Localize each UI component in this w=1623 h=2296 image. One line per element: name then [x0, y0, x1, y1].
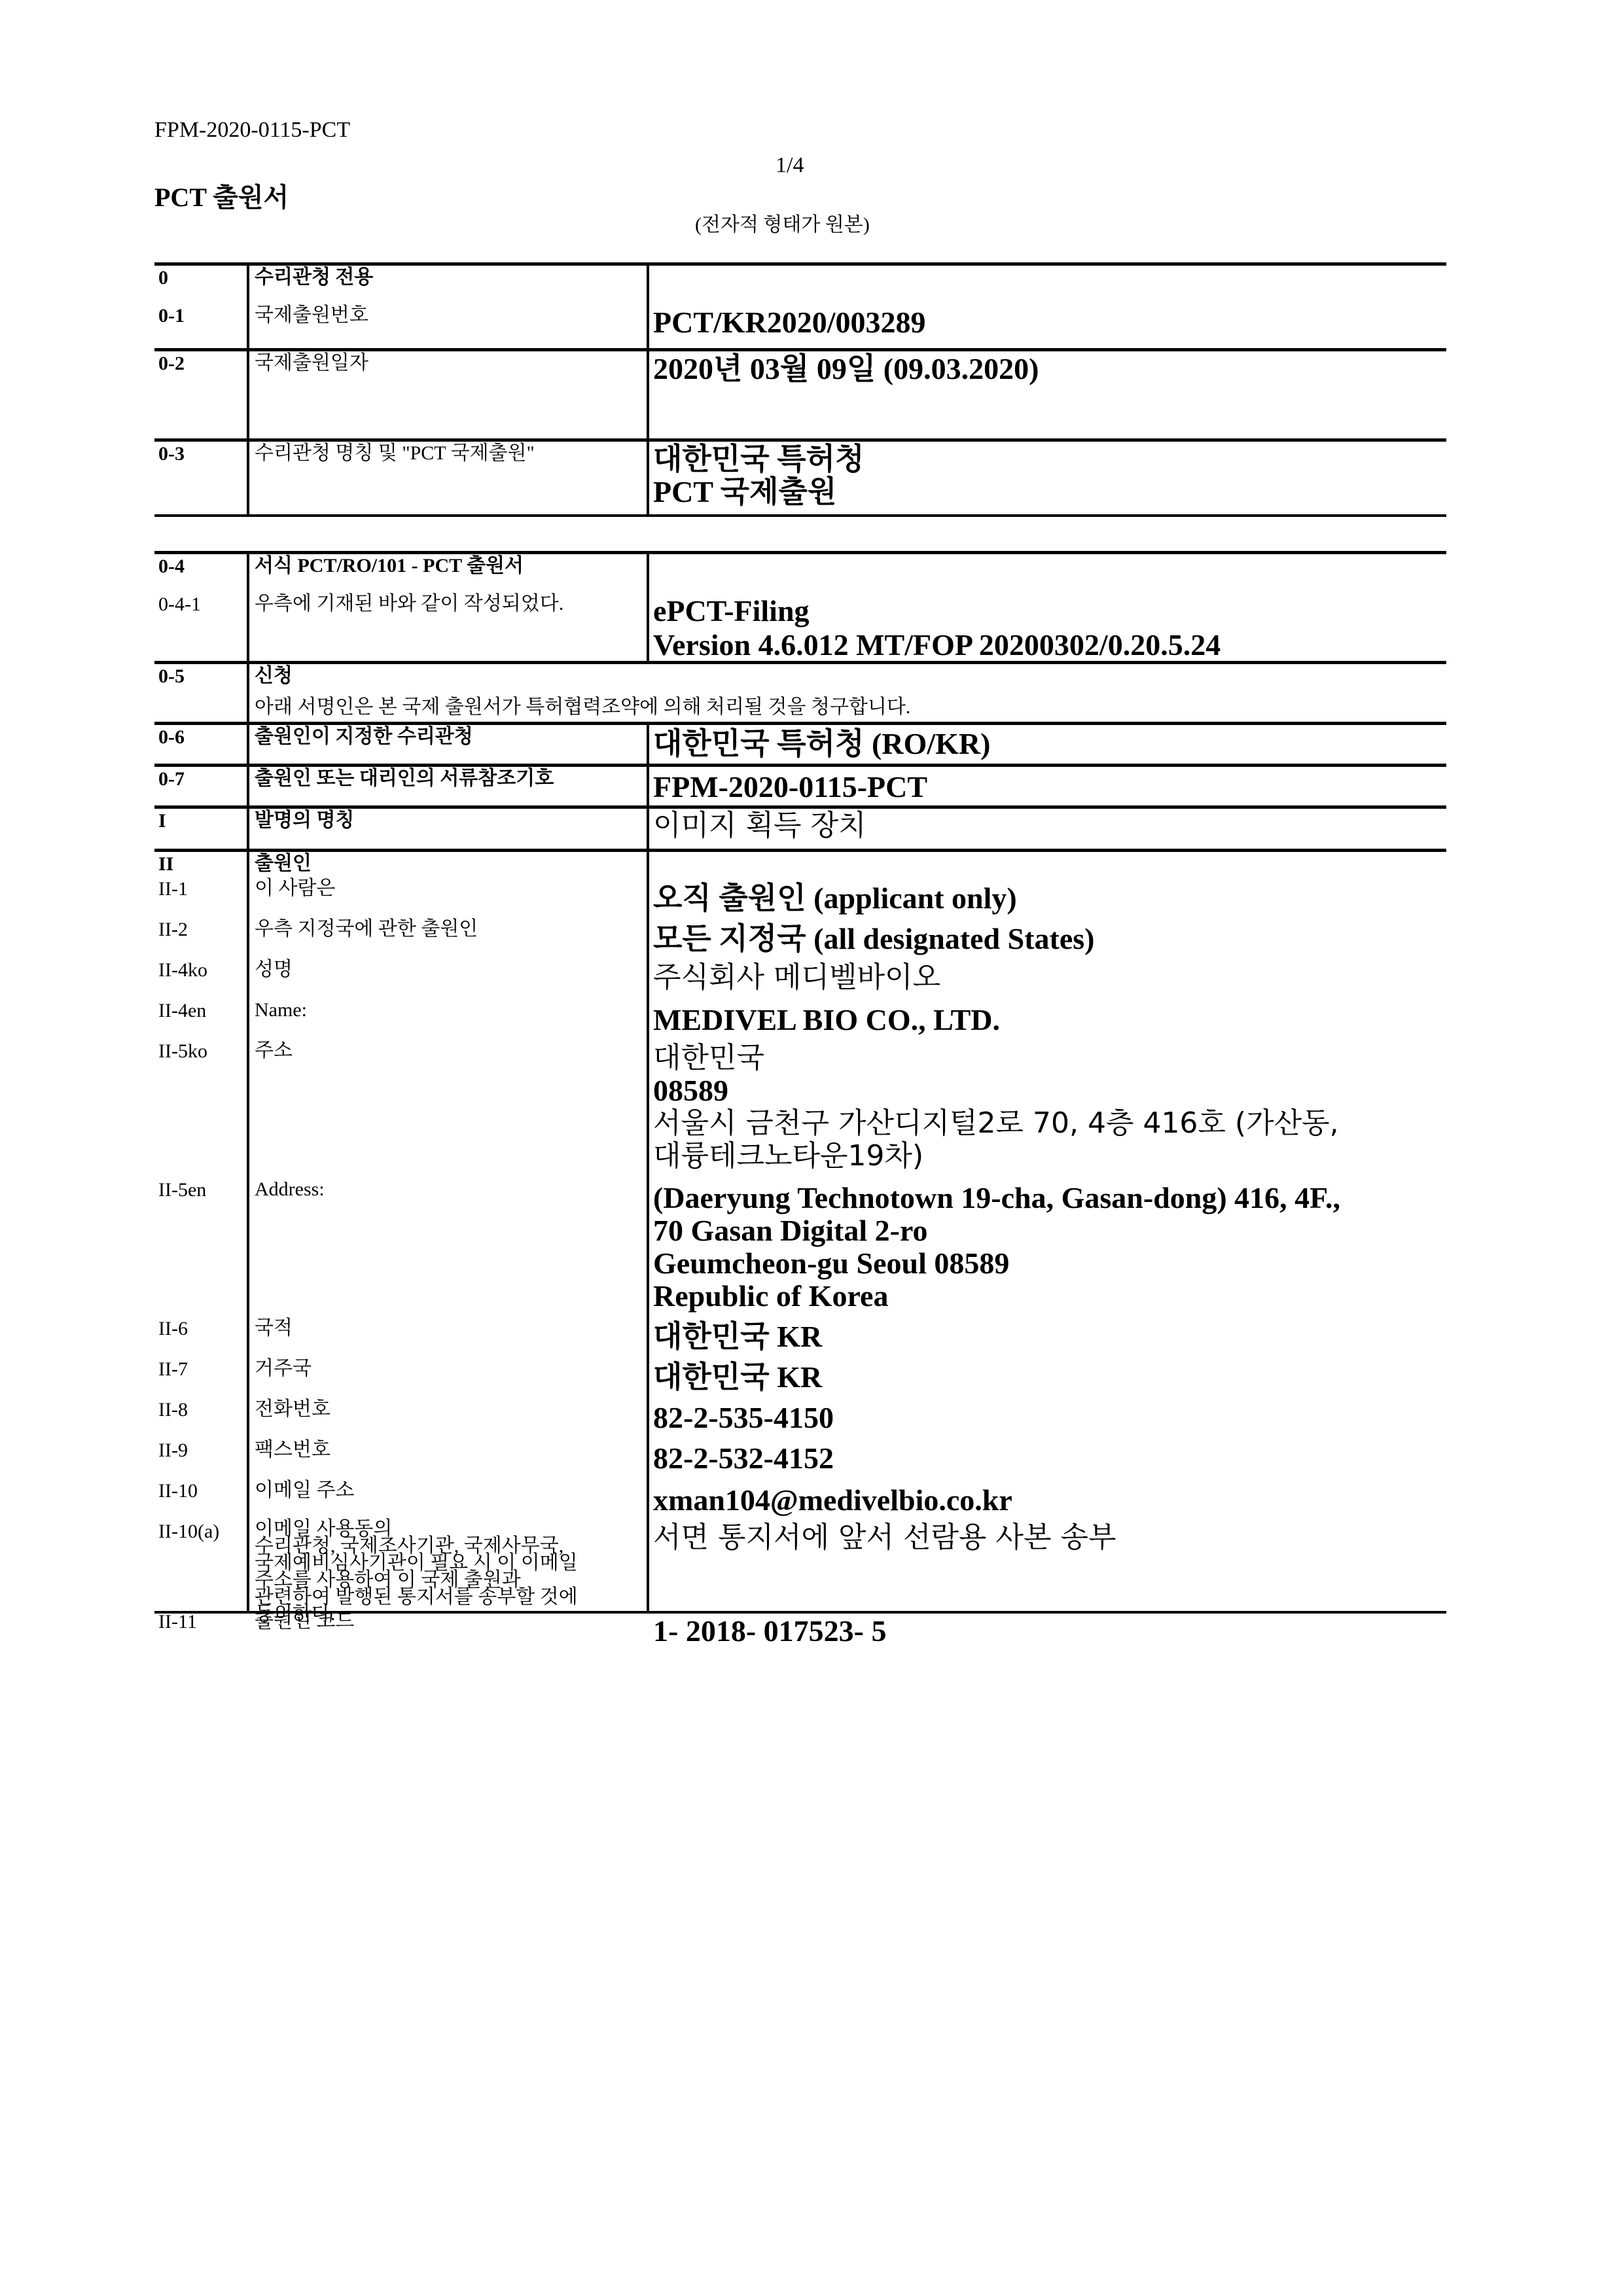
row-label: Name:: [255, 1000, 307, 1021]
row-code: II-5en: [158, 1179, 206, 1201]
row-code: 0-5: [158, 665, 185, 688]
applicant-address-en: (Daeryung Technotown 19-cha, Gasan-dong)…: [653, 1182, 1340, 1313]
applicant-email: xman104@medivelbio.co.kr: [653, 1484, 1012, 1517]
invention-title: 이미지 획득 장치: [653, 810, 866, 841]
row-label: 우측 지정국에 관한 출원인: [255, 919, 478, 940]
divider: [154, 1611, 1446, 1614]
row-label: 주소: [255, 1040, 293, 1061]
applicant-nationality: 대한민국 KR: [653, 1320, 822, 1354]
row-code: II-9: [158, 1439, 188, 1462]
row-code: 0: [158, 267, 168, 289]
row-label: 국제출원일자: [255, 353, 368, 374]
row-label: 이메일 주소: [255, 1480, 354, 1501]
page-number: 1/4: [776, 153, 804, 178]
row-label: 거주국: [255, 1358, 312, 1379]
row-label: 수리관청 전용: [255, 267, 373, 288]
international-filing-date: 2020년 03월 09일 (09.03.2020): [653, 353, 1039, 386]
row-label: 우측에 기재된 바와 같이 작성되었다.: [255, 593, 563, 614]
petition-text: 아래 서명인은 본 국제 출원서가 특허협력조약에 의해 처리될 것을 청구합니…: [255, 697, 910, 718]
applicant-designated-states: 모든 지정국 (all designated States): [653, 923, 1095, 956]
row-code: II: [158, 853, 173, 875]
divider: [154, 514, 1446, 517]
row-code: 0-7: [158, 768, 185, 790]
email-consent-label: 이메일 사용동의 수리관청, 국제조사기관, 국제사무국, 국제예비심사기관이 …: [255, 1521, 578, 1623]
table-row: 0-2 국제출원일자 2020년 03월 09일 (09.03.2020): [154, 348, 1446, 438]
row-code: II-7: [158, 1358, 188, 1381]
row-code: II-8: [158, 1399, 188, 1421]
row-code: 0-6: [158, 726, 185, 749]
table-row: 0-7 출원인 또는 대리인의 서류참조기호 FPM-2020-0115-PCT: [154, 764, 1446, 805]
row-code: 0-3: [158, 443, 185, 465]
applicant-name-en: MEDIVEL BIO CO., LTD.: [653, 1004, 1000, 1037]
row-label: 출원인이 지정한 수리관청: [255, 726, 473, 747]
applicant-role: 오직 출원인 (applicant only): [653, 882, 1017, 915]
row-label: 이 사람은: [255, 878, 335, 899]
row-code: I: [158, 810, 166, 832]
file-reference: FPM-2020-0115-PCT: [653, 771, 927, 804]
pct-international-application: PCT 국제출원: [653, 476, 836, 509]
row-label: 출원인: [255, 853, 312, 874]
applicant-address-ko: 대한민국 08589 서울시 금천구 가산디지털2로 70, 4층 416호 (…: [653, 1042, 1339, 1173]
applicant-fax: 82-2-532-4152: [653, 1442, 834, 1475]
row-code: II-6: [158, 1318, 188, 1340]
document-title: PCT 출원서: [154, 177, 289, 214]
row-label: 전화번호: [255, 1399, 330, 1420]
international-application-number: PCT/KR2020/003289: [653, 306, 926, 340]
applicant-code: 1- 2018- 017523- 5: [653, 1615, 886, 1648]
row-code: II-4en: [158, 1000, 206, 1022]
document-subtitle: (전자적 형태가 원본): [695, 208, 870, 237]
document-reference: FPM-2020-0115-PCT: [154, 118, 350, 143]
row-label: Address:: [255, 1179, 325, 1200]
row-label: 출원인 또는 대리인의 서류참조기호: [255, 768, 554, 789]
applicant-name-ko: 주식회사 메디벨바이오: [653, 962, 940, 993]
row-code: 0-4-1: [158, 593, 201, 616]
designated-receiving-office: 대한민국 특허청 (RO/KR): [653, 728, 990, 761]
row-label: 발명의 명칭: [255, 810, 354, 831]
receiving-office-name: 대한민국 특허청: [653, 443, 865, 476]
row-label: 국적: [255, 1318, 293, 1339]
applicant-phone: 82-2-535-4150: [653, 1402, 834, 1435]
row-label: 팩스번호: [255, 1439, 330, 1460]
row-label: 신청: [255, 665, 293, 686]
email-consent-value: 서면 통지서에 앞서 선람용 사본 송부: [653, 1522, 1116, 1553]
applicant-residence: 대한민국 KR: [653, 1361, 822, 1394]
row-code: II-11: [158, 1611, 197, 1633]
row-code: 0-2: [158, 353, 185, 375]
row-label: 출원인 코드: [255, 1611, 354, 1632]
row-label: 성명: [255, 959, 293, 980]
row-code: 0-1: [158, 305, 185, 327]
table-row: 0-4 0-4-1 서식 PCT/RO/101 - PCT 출원서 우측에 기재…: [154, 551, 1446, 661]
table-row: I 발명의 명칭 이미지 획득 장치: [154, 805, 1446, 849]
table-row: 0-5 신청 아래 서명인은 본 국제 출원서가 특허협력조약에 의해 처리될 …: [154, 661, 1446, 722]
row-label: 국제출원번호: [255, 305, 368, 326]
row-code: II-4ko: [158, 959, 207, 981]
table-row: 0-3 수리관청 명칭 및 "PCT 국제출원" 대한민국 특허청 PCT 국제…: [154, 438, 1446, 514]
software-name: ePCT-Filing: [653, 595, 810, 628]
row-code: 0-4: [158, 556, 185, 578]
row-code: II-2: [158, 919, 188, 941]
table-row: 0 0-1 수리관청 전용 국제출원번호 PCT/KR2020/003289: [154, 262, 1446, 348]
applicant-section: II II-1 II-2 II-4ko II-4en II-5ko II-5en…: [154, 849, 1446, 1611]
row-label: 수리관청 명칭 및 "PCT 국제출원": [255, 443, 535, 464]
row-code: II-10(a): [158, 1521, 219, 1543]
table-row: 0-6 출원인이 지정한 수리관청 대한민국 특허청 (RO/KR): [154, 722, 1446, 764]
software-version: Version 4.6.012 MT/FOP 20200302/0.20.5.2…: [653, 629, 1221, 662]
row-code: II-10: [158, 1480, 198, 1502]
row-code: II-5ko: [158, 1040, 207, 1063]
row-code: II-1: [158, 878, 188, 900]
row-label: 서식 PCT/RO/101 - PCT 출원서: [255, 556, 524, 576]
